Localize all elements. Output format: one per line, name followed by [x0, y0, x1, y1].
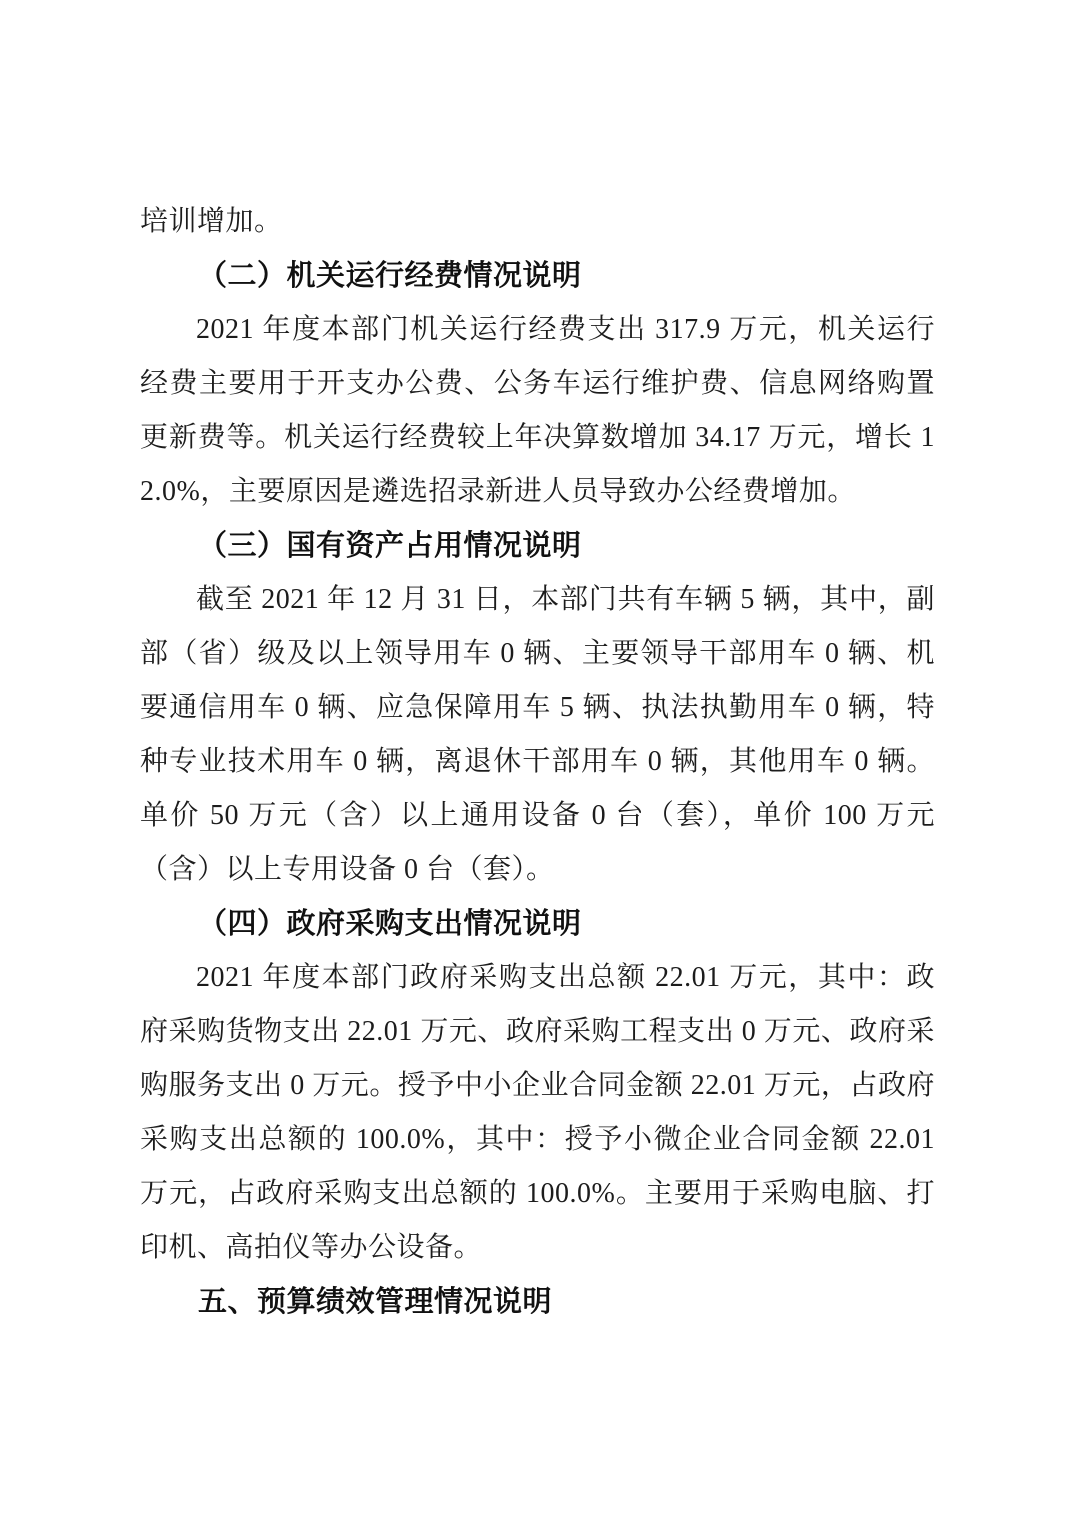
- paragraph-agency-operating-funds: 2021 年度本部门机关运行经费支出 317.9 万元，机关运行经费主要用于开支…: [140, 303, 935, 519]
- heading-section-4-government-procurement: （四）政府采购支出情况说明: [140, 897, 935, 951]
- paragraph-government-procurement: 2021 年度本部门政府采购支出总额 22.01 万元，其中：政府采购货物支出 …: [140, 951, 935, 1275]
- heading-section-3-state-assets-occupancy: （三）国有资产占用情况说明: [140, 519, 935, 573]
- heading-section-2-agency-operating-funds: （二）机关运行经费情况说明: [140, 249, 935, 303]
- paragraph-state-assets-occupancy: 截至 2021 年 12 月 31 日，本部门共有车辆 5 辆，其中，副部（省）…: [140, 573, 935, 897]
- heading-section-5-budget-performance: 五、预算绩效管理情况说明: [140, 1275, 935, 1329]
- document-body: 培训增加。 （二）机关运行经费情况说明 2021 年度本部门机关运行经费支出 3…: [140, 195, 935, 1329]
- document-page: 培训增加。 （二）机关运行经费情况说明 2021 年度本部门机关运行经费支出 3…: [0, 0, 1074, 1520]
- paragraph-training-increase-end: 培训增加。: [140, 195, 935, 249]
